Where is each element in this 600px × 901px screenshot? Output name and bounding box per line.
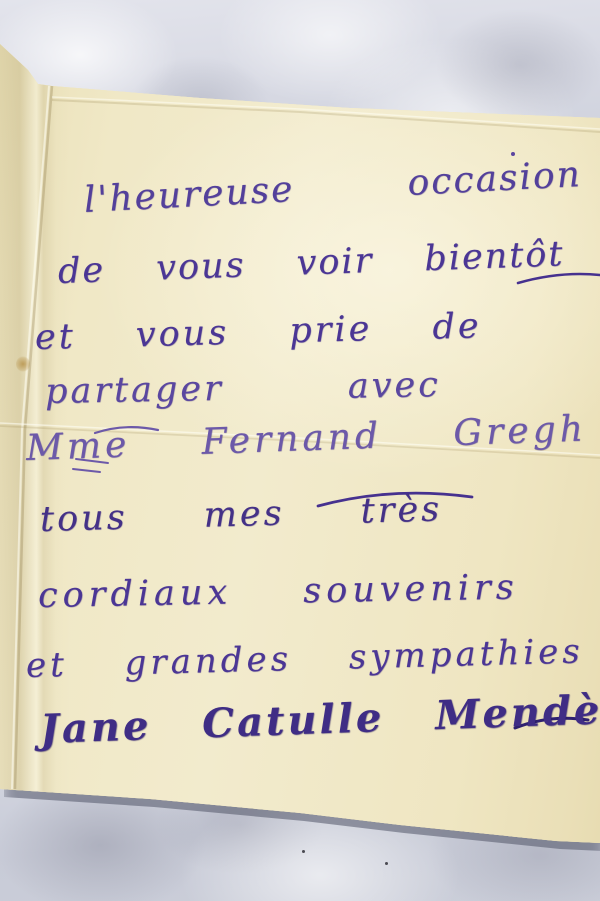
- ink-speck: [511, 152, 515, 156]
- foxing-spot: [16, 356, 30, 372]
- handwriting-line-4: partager avec: [45, 365, 442, 412]
- letter-page: l'heureuse occasion de vous voir bientôt…: [0, 0, 600, 901]
- handwriting-line-7: cordiaux souvenirs: [38, 568, 519, 616]
- letter-photo-scene: l'heureuse occasion de vous voir bientôt…: [0, 0, 600, 901]
- dust-speck: [302, 850, 305, 853]
- ink-flourish-mme-dash2: [73, 469, 100, 472]
- dust-speck: [385, 862, 388, 865]
